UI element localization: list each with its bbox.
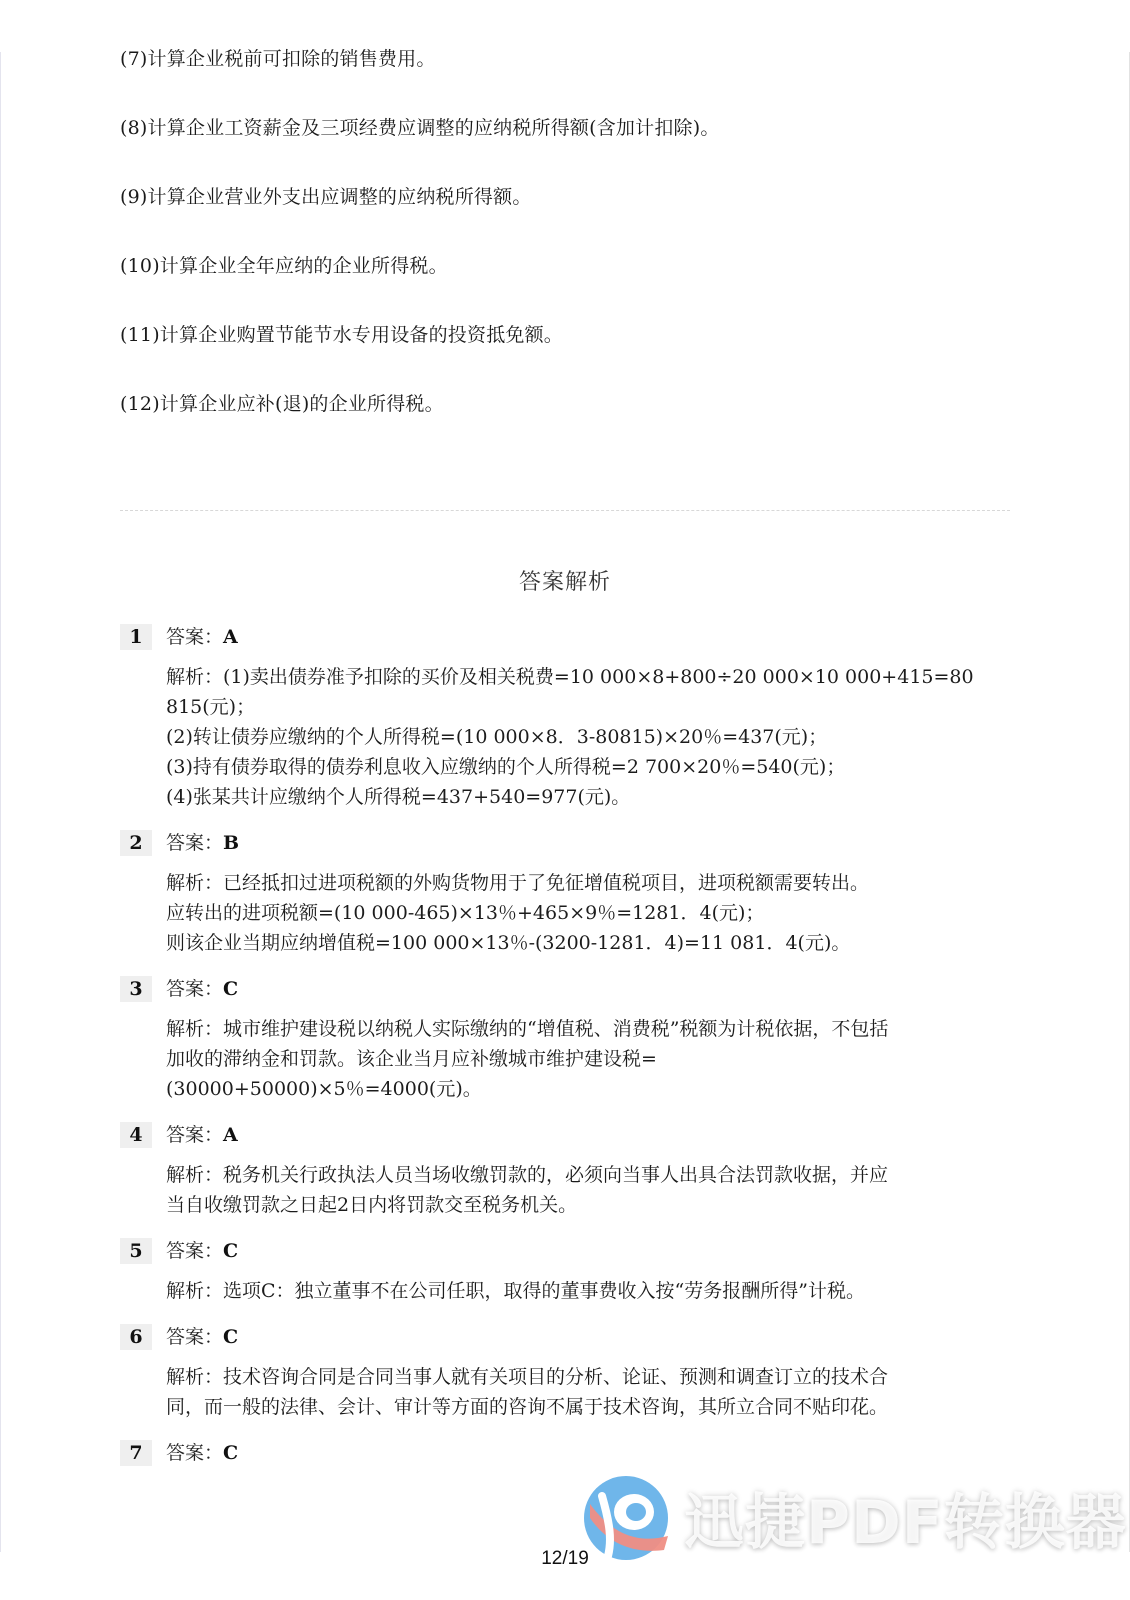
page-number: 12/19 — [0, 1548, 1130, 1570]
answer-block: 4 答案： A 解析：税务机关行政执法人员当场收缴罚款的，必须向当事人出具合法罚… — [120, 1120, 1010, 1220]
analysis-line: 则该企业当期应纳增值税=100 000×13％-(3200-1281．4)=11… — [166, 928, 1010, 958]
analysis-line: (30000+50000)×5％=4000(元)。 — [166, 1074, 1010, 1104]
answer-block: 3 答案： C 解析：城市维护建设税以纳税人实际缴纳的“增值税、消费税”税额为计… — [120, 974, 1010, 1104]
answer-block: 5 答案： C 解析：选项C：独立董事不在公司任职，取得的董事费收入按“劳务报酬… — [120, 1236, 1010, 1306]
answer-block: 6 答案： C 解析：技术咨询合同是合同当事人就有关项目的分析、论证、预测和调查… — [120, 1322, 1010, 1422]
analysis-text: 解析：选项C：独立董事不在公司任职，取得的董事费收入按“劳务报酬所得”计税。 — [166, 1276, 1010, 1306]
answer-header: 6 答案： C — [120, 1322, 1010, 1352]
question-number-badge: 1 — [120, 624, 152, 650]
analysis-line: 当自收缴罚款之日起2日内将罚款交至税务机关。 — [166, 1190, 1010, 1220]
question-number-badge: 4 — [120, 1122, 152, 1148]
analysis-line: 解析：技术咨询合同是合同当事人就有关项目的分析、论证、预测和调查订立的技术合 — [166, 1362, 1010, 1392]
answer-value: C — [223, 1440, 238, 1466]
answer-value: C — [223, 976, 238, 1002]
page-border-left — [0, 52, 1, 1552]
analysis-line: 解析：城市维护建设税以纳税人实际缴纳的“增值税、消费税”税额为计税依据，不包括 — [166, 1014, 1010, 1044]
analysis-text: 解析：已经抵扣过进项税额的外购货物用于了免征增值税项目，进项税额需要转出。 应转… — [166, 868, 1010, 958]
question-item: (11)计算企业购置节能节水专用设备的投资抵免额。 — [120, 322, 1000, 348]
question-item: (7)计算企业税前可扣除的销售费用。 — [120, 46, 1000, 72]
section-title: 答案解析 — [0, 568, 1130, 598]
answer-header: 4 答案： A — [120, 1120, 1010, 1150]
analysis-line: (3)持有债券取得的债券利息收入应缴纳的个人所得税=2 700×20％=540(… — [166, 752, 1010, 782]
answer-label: 答案： — [166, 624, 223, 650]
analysis-text: 解析：税务机关行政执法人员当场收缴罚款的，必须向当事人出具合法罚款收据，并应 当… — [166, 1160, 1010, 1220]
answer-block: 1 答案： A 解析：(1)卖出债券准予扣除的买价及相关税费=10 000×8+… — [120, 622, 1010, 812]
answer-block: 7 答案： C — [120, 1438, 1010, 1468]
analysis-line: 解析：已经抵扣过进项税额的外购货物用于了免征增值税项目，进项税额需要转出。 — [166, 868, 1010, 898]
analysis-line: 815(元)； — [166, 692, 1010, 722]
answer-value: C — [223, 1324, 238, 1350]
analysis-line: 解析：选项C：独立董事不在公司任职，取得的董事费收入按“劳务报酬所得”计税。 — [166, 1276, 1010, 1306]
section-divider — [120, 510, 1010, 511]
question-item: (12)计算企业应补(退)的企业所得税。 — [120, 391, 1000, 417]
answer-header: 2 答案： B — [120, 828, 1010, 858]
answer-label: 答案： — [166, 1122, 223, 1148]
answer-header: 1 答案： A — [120, 622, 1010, 652]
answer-header: 3 答案： C — [120, 974, 1010, 1004]
question-number-badge: 7 — [120, 1440, 152, 1466]
answer-label: 答案： — [166, 1324, 223, 1350]
question-number-badge: 6 — [120, 1324, 152, 1350]
answer-header: 5 答案： C — [120, 1236, 1010, 1266]
analysis-line: 解析：(1)卖出债券准予扣除的买价及相关税费=10 000×8+800÷20 0… — [166, 662, 1010, 692]
analysis-line: (2)转让债券应缴纳的个人所得税=(10 000×8．3-80815)×20％=… — [166, 722, 1010, 752]
answer-label: 答案： — [166, 1238, 223, 1264]
question-item: (9)计算企业营业外支出应调整的应纳税所得额。 — [120, 184, 1000, 210]
question-number-badge: 3 — [120, 976, 152, 1002]
analysis-line: 加收的滞纳金和罚款。该企业当月应补缴城市维护建设税= — [166, 1044, 1010, 1074]
question-number-badge: 2 — [120, 830, 152, 856]
answer-label: 答案： — [166, 830, 223, 856]
question-number-badge: 5 — [120, 1238, 152, 1264]
answer-header: 7 答案： C — [120, 1438, 1010, 1468]
question-list: (7)计算企业税前可扣除的销售费用。 (8)计算企业工资薪金及三项经费应调整的应… — [120, 46, 1000, 460]
answer-label: 答案： — [166, 1440, 223, 1466]
answer-value: A — [223, 1122, 238, 1148]
analysis-line: (4)张某共计应缴纳个人所得税=437+540=977(元)。 — [166, 782, 1010, 812]
answer-block: 2 答案： B 解析：已经抵扣过进项税额的外购货物用于了免征增值税项目，进项税额… — [120, 828, 1010, 958]
analysis-text: 解析：技术咨询合同是合同当事人就有关项目的分析、论证、预测和调查订立的技术合 同… — [166, 1362, 1010, 1422]
analysis-line: 同，而一般的法律、会计、审计等方面的咨询不属于技术咨询，其所立合同不贴印花。 — [166, 1392, 1010, 1422]
analysis-line: 解析：税务机关行政执法人员当场收缴罚款的，必须向当事人出具合法罚款收据，并应 — [166, 1160, 1010, 1190]
answer-value: C — [223, 1238, 238, 1264]
analysis-text: 解析：城市维护建设税以纳税人实际缴纳的“增值税、消费税”税额为计税依据，不包括 … — [166, 1014, 1010, 1104]
answer-label: 答案： — [166, 976, 223, 1002]
question-item: (8)计算企业工资薪金及三项经费应调整的应纳税所得额(含加计扣除)。 — [120, 115, 1000, 141]
analysis-text: 解析：(1)卖出债券准予扣除的买价及相关税费=10 000×8+800÷20 0… — [166, 662, 1010, 812]
answer-list: 1 答案： A 解析：(1)卖出债券准予扣除的买价及相关税费=10 000×8+… — [120, 622, 1010, 1484]
answer-value: B — [223, 830, 239, 856]
answer-value: A — [223, 624, 238, 650]
question-item: (10)计算企业全年应纳的企业所得税。 — [120, 253, 1000, 279]
analysis-line: 应转出的进项税额=(10 000-465)×13％+465×9％=1281．4(… — [166, 898, 1010, 928]
